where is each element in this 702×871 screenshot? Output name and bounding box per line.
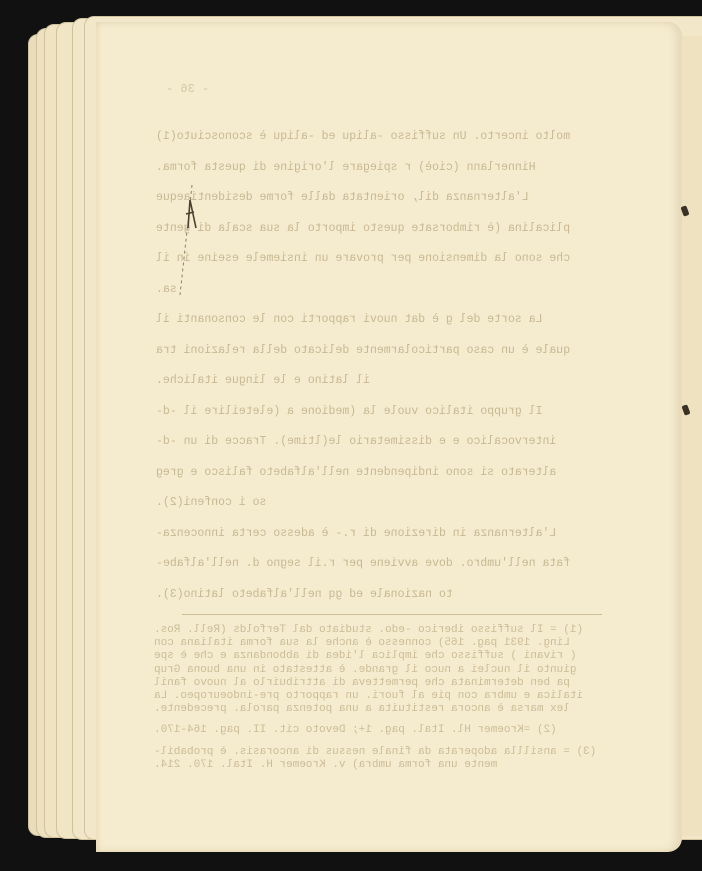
page-number: - 36 - [166, 82, 209, 96]
footnotes: (1) = Il suffisso iberico -edo. studiato… [154, 624, 694, 772]
text-line: molto incerto. Un suffisso -aliqu ed -al… [156, 122, 676, 153]
footnote-line: giunto il nuclei a nuco il grande. è att… [154, 664, 694, 677]
pencil-annotation-mark [170, 180, 210, 310]
footnote-1: (1) = Il suffisso iberico -edo. studiato… [154, 624, 694, 716]
footnote-line: lex marsa è ancora restituita a una pote… [154, 703, 694, 716]
body-text: molto incerto. Un suffisso -aliqu ed -al… [156, 122, 676, 610]
footnote-line: (1) = Il suffisso iberico -edo. studiato… [154, 624, 694, 637]
text-line: L'alternanza in direzione di r.- è adess… [156, 519, 676, 550]
text-line: Il gruppo italico vuole la (medione a (e… [156, 397, 676, 428]
text-line: fata nell'umbro. dove avviene per r.il s… [156, 549, 676, 580]
text-line: intervocalico e e dissimetario le(ltime)… [156, 427, 676, 458]
text-line: il latino e le lingue italiche. [156, 366, 676, 397]
footnote-line: italica e umbra con pie al fuori. un rap… [154, 690, 694, 703]
text-line: alterato si sono indipendente nell'alfab… [156, 458, 676, 489]
text-line: La sorte del g è dat nuovi rapporti con … [156, 305, 676, 336]
footnote-3: (3) = ansillla adoperata da finale nessu… [154, 746, 694, 772]
footnote-line: (3) = ansillla adoperata da finale nessu… [154, 746, 694, 759]
footnote-line: Ling. 1931 pag. 165) connesso è anche la… [154, 637, 694, 650]
footnote-line: ( rivani ) suffisso che implica l'idea d… [154, 650, 694, 663]
text-line: plicalina (è rimborsate questo importo l… [156, 214, 676, 245]
footnote-line: (2) =Kroemer Hl. Ital. pag. 1+; Devoto c… [154, 724, 694, 737]
document-page: - 36 - molto incerto. Un suffisso -aliqu… [96, 22, 682, 852]
text-line: Hinnerlann (cioè) r spiegare l'origine d… [156, 153, 676, 184]
footnote-2: (2) =Kroemer Hl. Ital. pag. 1+; Devoto c… [154, 724, 694, 737]
footnote-line: mente una forma umbra) v. Kroemer H. Ita… [154, 759, 694, 772]
text-line: quale è un caso particolarmente delicato… [156, 336, 676, 367]
text-line: to nazionale ed gq nell'alfabeto latino(… [156, 580, 676, 611]
footnote-line: pa ben determinata che permetteva di att… [154, 677, 694, 690]
scanned-book-scene: - 36 - molto incerto. Un suffisso -aliqu… [0, 0, 702, 871]
footnote-separator [182, 614, 602, 615]
text-line: che sono la dimensione per provare un in… [156, 244, 676, 275]
text-line: so i confeni(2). [156, 488, 676, 519]
text-line: L'alternanza dil, orientata dalle forme … [156, 183, 676, 214]
text-line: sa. [156, 275, 676, 306]
